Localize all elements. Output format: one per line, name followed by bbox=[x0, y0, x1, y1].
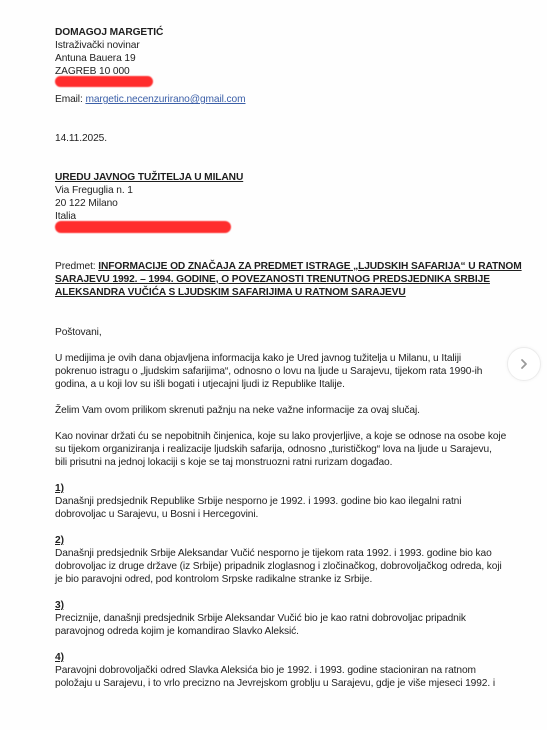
point-2: 2) Današnji predsjednik Srbije Aleksanda… bbox=[55, 534, 495, 586]
sender-title: Istraživački novinar bbox=[55, 39, 495, 52]
point-3: 3) Preciznije, današnji predsjednik Srbi… bbox=[55, 599, 495, 638]
paragraph-line: pokrenuo istragu o „ljudskim safarijima“… bbox=[55, 365, 495, 378]
point-line: dobrovoljac iz druge države (iz Srbije) … bbox=[55, 560, 495, 573]
point-number: 2) bbox=[55, 534, 495, 547]
sender-email-line: Email: margetic.necenzurirano@gmail.com bbox=[55, 93, 495, 106]
point-number: 3) bbox=[55, 599, 495, 612]
point-line: Preciznije, današnji predsjednik Srbije … bbox=[55, 612, 495, 625]
point-line: Paravojni dobrovoljački odred Slavka Ale… bbox=[55, 664, 495, 677]
paragraph-line: Kao novinar držati ću se nepobitnih činj… bbox=[55, 430, 495, 443]
redaction-mark bbox=[55, 76, 153, 87]
paragraph-1: U medijima je ovih dana objavljena infor… bbox=[55, 352, 495, 391]
point-line: Današnji predsjednik Srbije Aleksandar V… bbox=[55, 547, 495, 560]
subject-label: Predmet: bbox=[55, 261, 96, 272]
recipient-street: Via Freguglia n. 1 bbox=[55, 184, 495, 197]
chevron-right-icon bbox=[518, 358, 530, 370]
document-page: DOMAGOJ MARGETIĆ Istraživački novinar An… bbox=[0, 0, 547, 730]
paragraph-3: Kao novinar držati ću se nepobitnih činj… bbox=[55, 430, 495, 469]
redaction-mark bbox=[55, 221, 231, 233]
paragraph-line: su tijekom organiziranja i realizacije l… bbox=[55, 443, 495, 456]
subject-line-1: INFORMACIJE OD ZNAČAJA ZA PREDMET ISTRAG… bbox=[98, 261, 521, 272]
point-line: paravojnog odreda kojim je komandirao Sl… bbox=[55, 625, 495, 638]
paragraph-line: Želim Vam ovom prilikom skrenuti pažnju … bbox=[55, 404, 495, 417]
recipient-city: 20 122 Milano bbox=[55, 197, 495, 210]
subject-block: Predmet: INFORMACIJE OD ZNAČAJA ZA PREDM… bbox=[55, 260, 495, 299]
point-number: 4) bbox=[55, 651, 495, 664]
point-line: je bio paravojni odred, pod kontrolom Sr… bbox=[55, 573, 495, 586]
point-4: 4) Paravojni dobrovoljački odred Slavka … bbox=[55, 651, 495, 690]
email-label: Email: bbox=[55, 94, 83, 105]
point-line: Današnji predsjednik Republike Srbije ne… bbox=[55, 495, 495, 508]
point-line: položaju u Sarajevu, i to vrlo precizno … bbox=[55, 677, 495, 690]
letter-date: 14.11.2025. bbox=[55, 132, 495, 145]
paragraph-line: bili prisutni na jednoj lokaciji s koje … bbox=[55, 456, 495, 469]
sender-street: Antuna Bauera 19 bbox=[55, 52, 495, 65]
point-1: 1) Današnji predsjednik Republike Srbije… bbox=[55, 482, 495, 521]
letter: DOMAGOJ MARGETIĆ Istraživački novinar An… bbox=[55, 26, 495, 690]
recipient-name: UREDU JAVNOG TUŽITELJA U MILANU bbox=[55, 171, 495, 184]
subject-line-2: SARAJEVU 1992. – 1994. GODINE, O POVEZAN… bbox=[55, 273, 495, 286]
paragraph-line: godina, a u koji lov su išli bogati i ut… bbox=[55, 378, 495, 391]
next-page-button[interactable] bbox=[507, 347, 541, 381]
recipient-block: UREDU JAVNOG TUŽITELJA U MILANU Via Freg… bbox=[55, 171, 495, 233]
paragraph-line: U medijima je ovih dana objavljena infor… bbox=[55, 352, 495, 365]
point-line: dobrovoljac u Sarajevu, u Bosni i Herceg… bbox=[55, 508, 495, 521]
subject-line-3: ALEKSANDRA VUČIĆA S LJUDSKIM SAFARIJIMA … bbox=[55, 286, 495, 299]
point-number: 1) bbox=[55, 482, 495, 495]
paragraph-2: Želim Vam ovom prilikom skrenuti pažnju … bbox=[55, 404, 495, 417]
sender-block: DOMAGOJ MARGETIĆ Istraživački novinar An… bbox=[55, 26, 495, 106]
greeting: Poštovani, bbox=[55, 326, 495, 339]
sender-name: DOMAGOJ MARGETIĆ bbox=[55, 26, 495, 39]
email-link[interactable]: margetic.necenzurirano@gmail.com bbox=[85, 94, 245, 105]
